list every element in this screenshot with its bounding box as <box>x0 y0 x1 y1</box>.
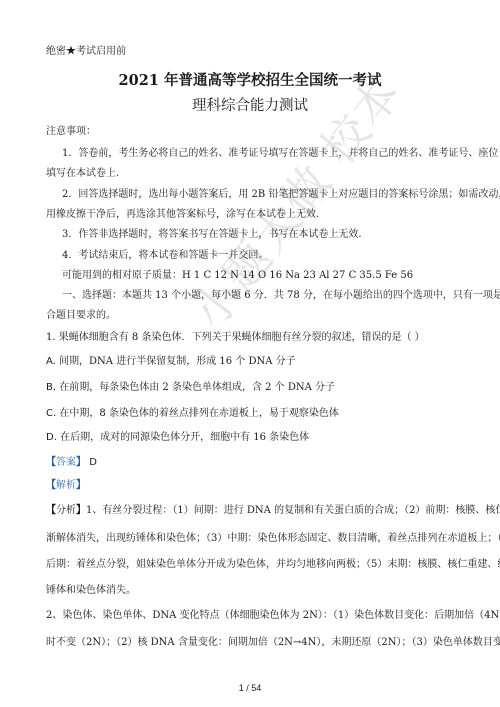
analysis-p1-line1: 1、有丝分裂过程：（1）间期：进行 DNA 的复制和有关蛋白质的合成；（2）前期… <box>86 505 500 516</box>
notice-item-1-line2: 填写在本试卷上. <box>46 168 119 180</box>
option-a-text: 间期，DNA 进行半保留复制，形成 16 个 DNA 分子 <box>59 356 296 367</box>
option-c: C. 在中期，8 条染色体的着丝点排列在赤道板上，易于观察染色体 <box>46 408 339 420</box>
answer-value: D <box>89 457 97 468</box>
option-b: B. 在前期，每条染色体由 2 条染色单体组成，含 2 个 DNA 分子 <box>46 382 335 394</box>
bracket-close: 】 <box>76 505 86 516</box>
notice-item-2-line1: 2．回答选择题时，选出每小题答案后，用 2B 铅笔把答题卡上对应题目的答案标号涂… <box>62 189 500 201</box>
bracket-open: 【 <box>46 457 56 468</box>
notice-item-3: 3．作答非选择题时，将答案书写在答题卡上，书写在本试卷上无效. <box>62 229 362 241</box>
section-instructions-line1: 一、选择题：本题共 13 个小题，每小题 6 分．共 78 分，在每小题给出的四… <box>62 290 500 302</box>
exam-title: 2021 年普通高等学校招生全国统一考试 <box>0 73 500 89</box>
notice-item-4: 4．考试结束后，将本试卷和答题卡一并交回。 <box>62 250 268 262</box>
section-instructions-line2: 合题目要求的。 <box>46 310 116 322</box>
option-b-text: 在前期，每条染色体由 2 条染色单体组成，含 2 个 DNA 分子 <box>59 382 335 393</box>
option-c-letter: C. <box>46 408 56 419</box>
bracket-open: 【 <box>46 505 56 516</box>
option-a-letter: A. <box>46 356 56 367</box>
answer-line: 【答案】 D <box>46 457 97 469</box>
analysis-line-6: 时不变（2N）；（2）核 DNA 含量变化：间期加倍（2N→4N），末期还原（2… <box>46 637 500 649</box>
analysis-line-3: 后期：着丝点分裂，姐妹染色单体分开成为染色体，并均匀地移向两极；（5）末期：核膜… <box>46 559 500 571</box>
notice-heading: 注意事项： <box>46 126 96 138</box>
option-b-letter: B. <box>46 382 56 393</box>
analysis-label: 解析 <box>56 480 76 491</box>
analysis-line-1: 【分析】1、有丝分裂过程：（1）间期：进行 DNA 的复制和有关蛋白质的合成；（… <box>46 505 500 517</box>
option-a: A. 间期，DNA 进行半保留复制，形成 16 个 DNA 分子 <box>46 356 296 368</box>
analysis-line-2: 渐解体消失，出现纺锤体和染色体；（3）中期：染色体形态固定、数目清晰，着丝点排列… <box>46 533 500 545</box>
bracket-close: 】 <box>76 457 86 468</box>
analysis-line-4: 锤体和染色体消失。 <box>46 585 136 597</box>
page-number: 1 / 54 <box>0 682 500 694</box>
option-d: D. 在后期，成对的同源染色体分开，细胞中有 16 条染色体 <box>46 432 309 444</box>
analysis-line-5: 2、染色体、染色单体、DNA 变化特点（体细胞染色体为 2N）：（1）染色体数目… <box>46 610 500 622</box>
question-stem: 1. 果蝇体细胞含有 8 条染色体．下列关于果蝇体细胞有丝分裂的叙述，错误的是（… <box>46 332 425 344</box>
analysis-tag: 分析 <box>56 505 76 516</box>
exam-subtitle: 理科综合能力测试 <box>0 98 500 114</box>
option-d-letter: D. <box>46 432 57 443</box>
document-page: 小题大做 校本 绝密★考试启用前 2021 年普通高等学校招生全国统一考试 理科… <box>0 0 500 707</box>
atomic-masses: 可能用到的相对原子质量：H 1 C 12 N 14 O 16 Na 23 Al … <box>62 270 413 282</box>
notice-item-2-line2: 用橡皮擦干净后，再选涂其他答案标号，涂写在本试卷上无效. <box>46 209 319 221</box>
bracket-close: 】 <box>76 480 86 491</box>
option-c-text: 在中期，8 条染色体的着丝点排列在赤道板上，易于观察染色体 <box>59 408 339 419</box>
notice-item-1-line1: 1．答卷前，考生务必将自己的姓名、准考证号填写在答题卡上，并将自己的姓名、准考证… <box>62 148 500 160</box>
analysis-heading: 【解析】 <box>46 480 86 492</box>
answer-label: 答案 <box>56 457 76 468</box>
secret-label: 绝密★考试启用前 <box>46 46 126 58</box>
bracket-open: 【 <box>46 480 56 491</box>
option-d-text: 在后期，成对的同源染色体分开，细胞中有 16 条染色体 <box>60 432 309 443</box>
